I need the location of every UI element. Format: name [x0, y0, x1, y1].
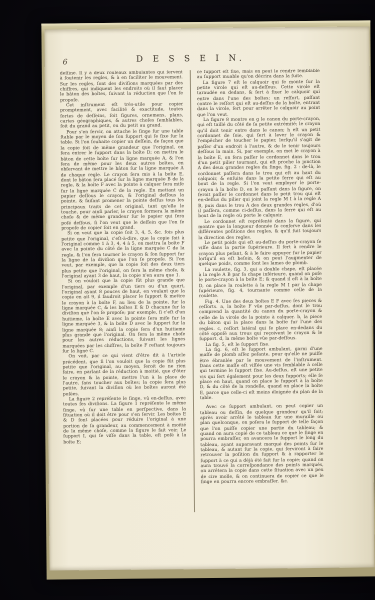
left-column: deſſine. Il y a deux rouleaux ambulantes… [60, 70, 187, 513]
paragraph: Si on vouloit que la copie fût plus gran… [62, 279, 186, 355]
paragraph: Si on veut que la copie ſoit 3, 4, 5, &c… [61, 231, 184, 280]
paragraph: La fig. 6, eſt le ſupport ambulant, garn… [199, 347, 323, 402]
paragraph: La figure 8 montre en g le canon du port… [197, 117, 321, 220]
text-block: 6 D E S S E I N. deſſine. Il y a deux ro… [60, 53, 326, 513]
paragraph: Fig. 4. Une des deux boîtes E F avec ſes… [199, 299, 322, 343]
paragraph: ce ſupport eſt fixe, mais on peut le ren… [197, 69, 320, 81]
paragraph: La figure 7 eſt le calquoir qui ſe monte… [197, 80, 320, 119]
page-header: 6 D E S S E I N. [60, 53, 322, 70]
paragraph: La roulette, fig. 3, qui a double chape,… [199, 267, 322, 300]
paragraph: Pour s'en ſervir, on attache le ſinge ſu… [60, 129, 184, 232]
book-page-block: 6 D E S S E I N. deſſine. Il y a deux ro… [41, 20, 375, 579]
paragraph: La figure 2 repréſente le ſinge, vû en-d… [63, 396, 186, 445]
running-title: D E S S E I N. [60, 53, 322, 66]
paragraph: deſſine. Il y a deux rouleaux ambulantes… [60, 70, 183, 103]
book-page: 6 D E S S E I N. deſſine. Il y a deux ro… [44, 26, 374, 570]
paragraph: Cet inſtrument eſt très-utile pour copie… [60, 102, 183, 130]
paragraph: Le petit poids qui eſt au-deſſus du port… [198, 240, 321, 268]
paragraph: On voit, par ce qui vient d'être dit à l… [63, 353, 186, 397]
right-column: ce ſupport eſt fixe, mais on peut le ren… [190, 69, 324, 512]
paragraph: Avec ce ſupport ambulant, on peut copier… [200, 404, 324, 485]
two-column-text: deſſine. Il y a deux rouleaux ambulantes… [60, 69, 326, 513]
paragraph: Le cordonnet eſt repréſenté dans la figu… [198, 219, 321, 242]
